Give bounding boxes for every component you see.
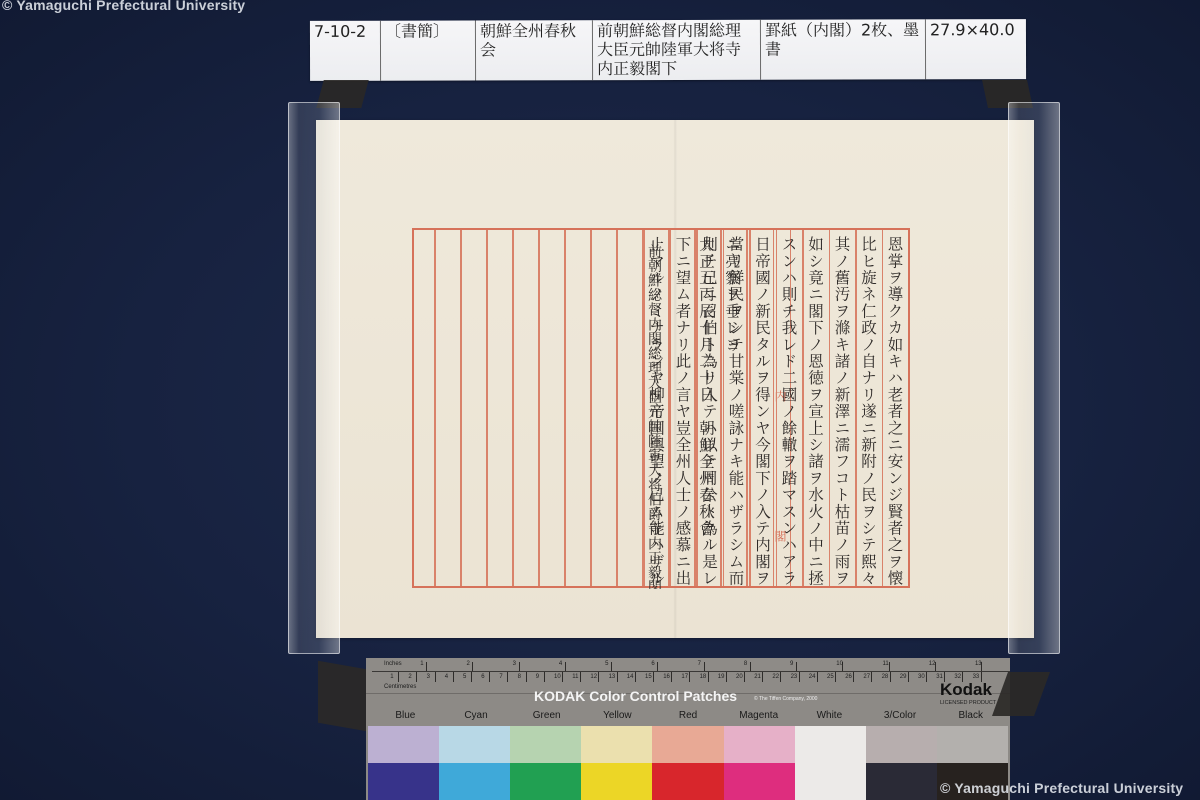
patch-labels: Blue Cyan Green Yellow Red Magenta White… [370, 710, 1006, 721]
column-rule [486, 230, 488, 586]
patch-cyan [439, 726, 510, 800]
column-rule [616, 230, 618, 586]
letter-column: 恩掌ヲ導クカ如キハ老者之ニ安ンジ賢者之ヲ懐ム [885, 236, 905, 586]
column-rule [670, 230, 672, 586]
patch-3-color [866, 726, 937, 800]
column-rule [590, 230, 592, 586]
column-rule [749, 230, 751, 586]
ruler-centimetres-label: Centimetres [384, 684, 416, 690]
column-rule [802, 230, 804, 586]
patch-magenta [724, 726, 795, 800]
patch-label-magenta: Magenta [723, 710, 794, 721]
column-rule [776, 230, 778, 586]
patch-label-yellow: Yellow [582, 710, 653, 721]
column-rule [564, 230, 566, 586]
color-patches [368, 726, 1008, 800]
acrylic-weight-left [288, 102, 340, 654]
patch-label-3color: 3/Color [865, 710, 936, 721]
letter-column: スンハ則チ我レド二國ノ餘轍ヲ踏マスンハアラズ安ンゾ今 [779, 236, 799, 586]
label-sender: 朝鮮全州春秋会 [476, 20, 593, 80]
letter-sheet: 内 閣 恩掌ヲ導クカ如キハ老者之ニ安ンジ賢者之ヲ懐ム比ヒ旋ネ仁政ノ自ナリ遂ニ新附… [316, 120, 1034, 638]
ruled-frame: 内 閣 恩掌ヲ導クカ如キハ老者之ニ安ンジ賢者之ヲ懐ム比ヒ旋ネ仁政ノ自ナリ遂ニ新附… [412, 228, 910, 588]
kodak-logo: Kodak [940, 680, 992, 700]
label-material: 罫紙（内閣）2枚、墨書 [761, 19, 926, 79]
patch-label-red: Red [653, 710, 724, 721]
copyright-watermark-top: © Yamaguchi Prefectural University [2, 0, 245, 13]
label-type: 〔書簡〕 [381, 21, 476, 81]
letter-column: 下ニ望ム者ナリ此ノ言ヤ豈全州人士ノ感慕ニ出ヅルニ [673, 236, 693, 586]
chart-copyright: © The Tiffen Company, 2000 [754, 696, 817, 702]
recipient-address: 前朝鮮総督内閣総理大臣元帥陸軍大将伯爵寺内正毅閣下 [644, 244, 664, 589]
closing-line: ニ亮察ヲ垂レヨ [722, 236, 742, 581]
patch-white [795, 726, 866, 800]
chart-title: KODAK Color Control Patches [534, 688, 737, 704]
letter-column: 日帝國ノ新民タルヲ得ンヤ今閣下ノ入テ内閣ヲ拜スルニ [752, 236, 772, 586]
kodak-color-chart: Inches Centimetres 123456789101112131415… [366, 658, 1010, 800]
copyright-watermark-bottom: © Yamaguchi Prefectural University [940, 780, 1183, 796]
column-rule [668, 230, 670, 586]
patch-yellow [581, 726, 652, 800]
patch-label-cyan: Cyan [441, 710, 512, 721]
column-rule [512, 230, 514, 586]
catalog-label: 7-10-2 〔書簡〕 朝鮮全州春秋会 前朝鮮総督内閣総理大臣元帥陸軍大将寺内正… [310, 19, 1026, 81]
label-size: 27.9×40.0 [926, 19, 1026, 79]
column-rule [434, 230, 436, 586]
patch-red [652, 726, 723, 800]
patch-label-green: Green [511, 710, 582, 721]
column-rule [882, 230, 884, 586]
label-recipient: 前朝鮮総督内閣総理大臣元帥陸軍大将寺内正毅閣下 [593, 20, 761, 80]
patch-green [510, 726, 581, 800]
ruler-inches-label: Inches [384, 661, 402, 667]
column-rule [460, 230, 462, 586]
patch-label-white: White [794, 710, 865, 721]
patch-label-blue: Blue [370, 710, 441, 721]
letter-column: 如シ竟ニ閣下ノ恩徳ヲ宣上シ諸ヲ水火ノ中ニ拯フニ非 [805, 236, 825, 586]
patch-blue [368, 726, 439, 800]
column-rule [538, 230, 540, 586]
letter-column: 其ノ舊汚ヲ滌キ諸ノ新澤ニ濡フコト枯苗ノ雨ヲ得ルガ [832, 236, 852, 586]
label-item-number: 7-10-2 [310, 21, 381, 81]
column-rule [855, 230, 857, 586]
licensed-product-text: LICENSED PRODUCT [940, 700, 996, 706]
column-rule [829, 230, 831, 586]
column-rule [746, 230, 748, 586]
letter-column: 比ヒ旋ネ仁政ノ自ナリ遂ニ新附ノ民ヲシテ熙々然トシテ [858, 236, 878, 586]
acrylic-weight-right [1008, 102, 1060, 654]
